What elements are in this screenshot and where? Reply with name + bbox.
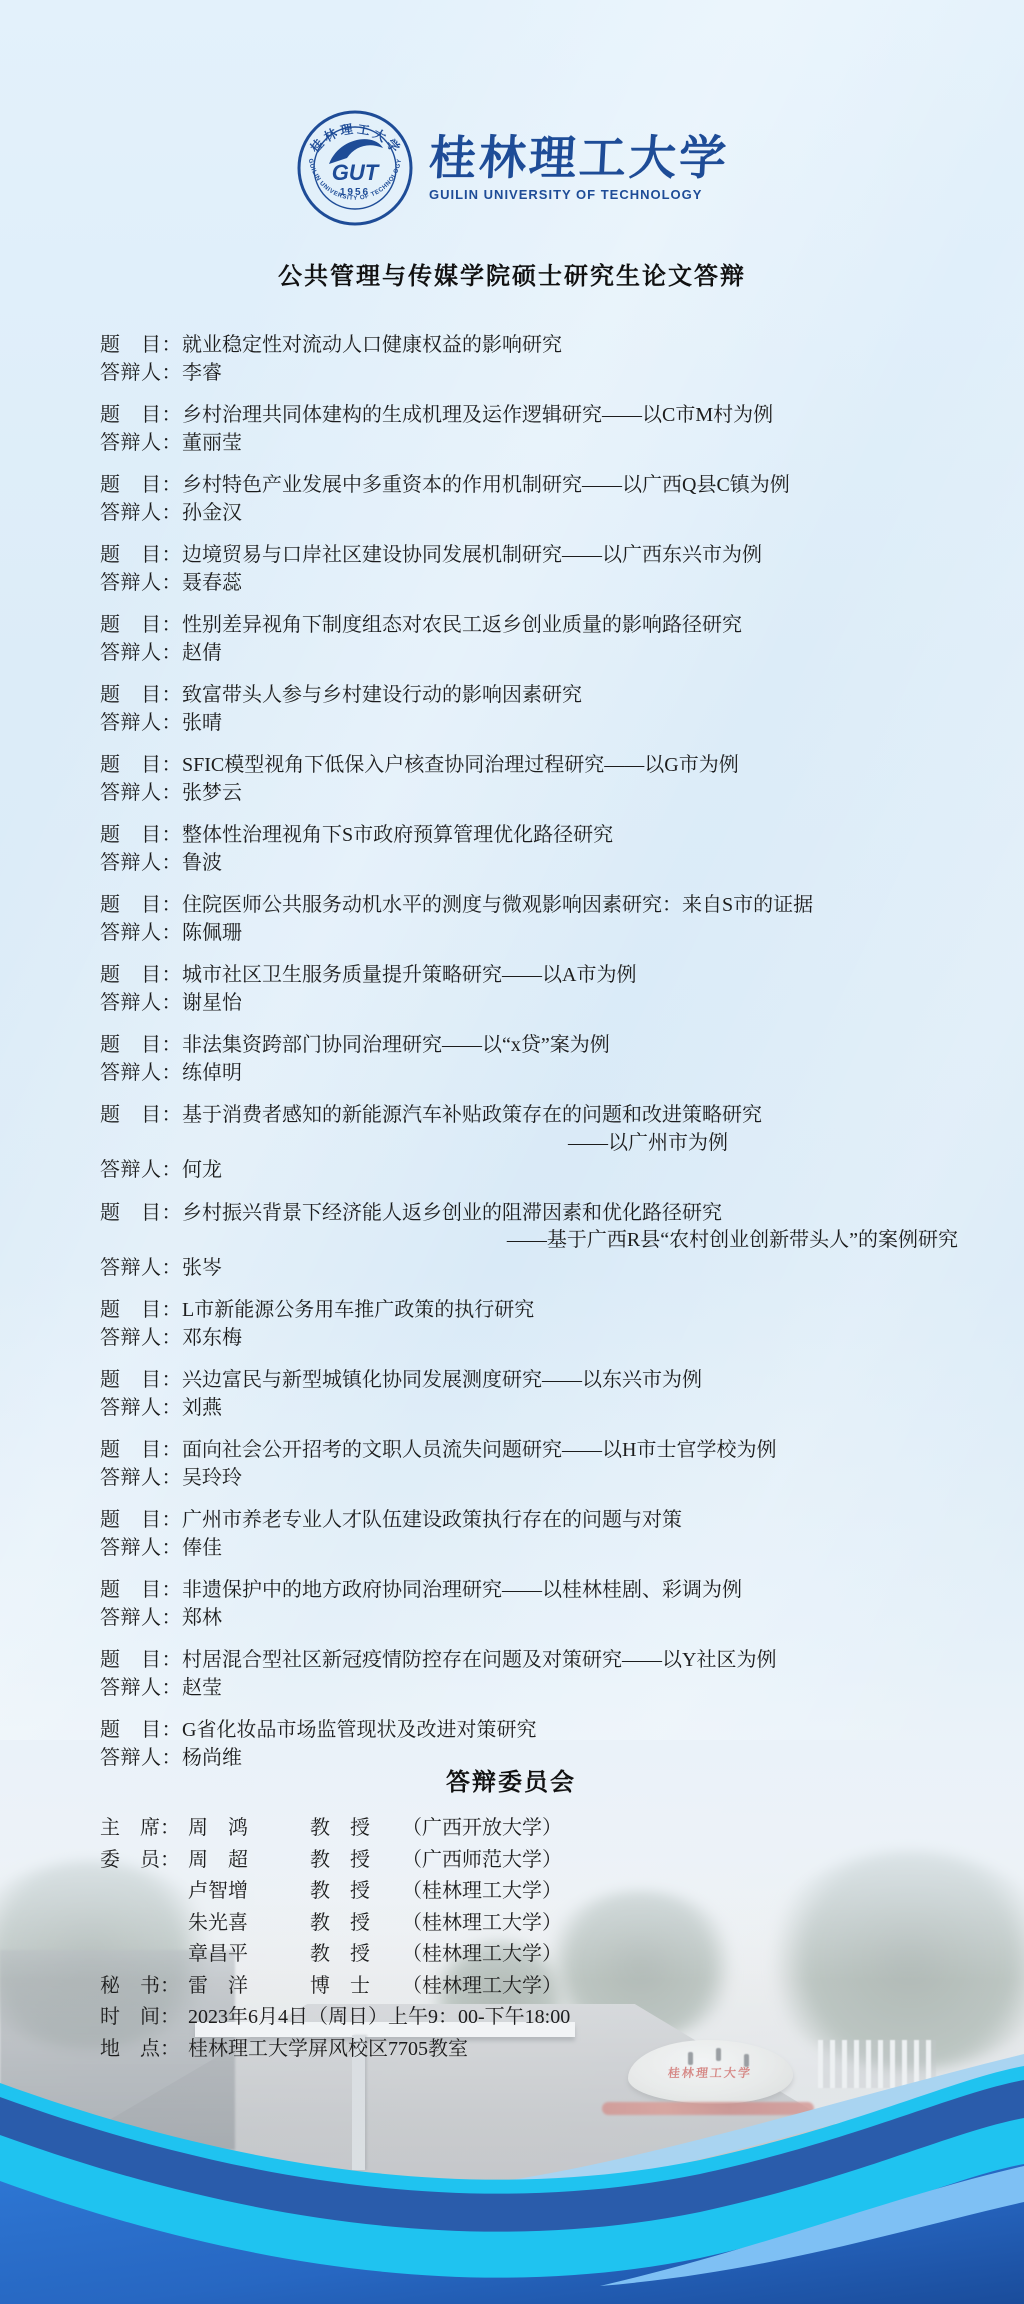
topic-label: 题 目： [100,1200,182,1228]
entry-title: 整体性治理视角下S市政府预算管理优化路径研究 [182,824,613,846]
entry-defender: 邓东梅 [182,1327,242,1349]
entry-title-row: 题 目：SFIC模型视角下低保入户核查协同治理过程研究——以G市为例 [100,752,958,780]
entry-defender: 俸佳 [182,1537,222,1559]
entry-title-row: 题 目：就业稳定性对流动人口健康权益的影响研究 [100,332,958,360]
defender-label: 答辩人： [100,500,182,528]
entry-defender-row: 答辩人：刘燕 [100,1395,958,1423]
member-role-label [100,1908,188,1940]
entry-defender: 张晴 [182,712,222,734]
entry-title: 基于消费者感知的新能源汽车补贴政策存在的问题和改进策略研究 [182,1104,762,1126]
entry-defender-row: 答辩人：邓东梅 [100,1325,958,1353]
entry-defender: 张梦云 [182,782,242,804]
entry-defender-row: 答辩人：郑林 [100,1605,958,1633]
entry-title: G省化妆品市场监管现状及改进对策研究 [182,1719,536,1741]
member-name: 卢智增 [188,1876,310,1908]
defender-label: 答辩人： [100,1675,182,1703]
entry-defender: 何龙 [182,1159,222,1181]
entry-title-row: 题 目：非法集资跨部门协同治理研究——以“x贷”案为例 [100,1032,958,1060]
member-affiliation: （桂林理工大学） [402,1908,958,1940]
entry-title-row: 题 目：基于消费者感知的新能源汽车补贴政策存在的问题和改进策略研究 [100,1102,958,1130]
entry-defender: 吴玲玲 [182,1467,242,1489]
entry-defender-row: 答辩人：李睿 [100,360,958,388]
thesis-entry: 题 目：边境贸易与口岸社区建设协同发展机制研究——以广西东兴市为例 答辩人：聂春… [100,542,958,597]
defender-label: 答辩人： [100,1060,182,1088]
entry-defender-row: 答辩人：谢星怡 [100,990,958,1018]
svg-text:桂 林 理 工 大 学: 桂 林 理 工 大 学 [307,122,403,156]
member-affiliation: （桂林理工大学） [402,1876,958,1908]
defender-label: 答辩人： [100,640,182,668]
entry-title-line2: ——以广州市为例 [100,1130,958,1158]
entry-title-row: 题 目：面向社会公开招考的文职人员流失问题研究——以H市士官学校为例 [100,1437,958,1465]
defender-label: 答辩人： [100,780,182,808]
topic-label: 题 目： [100,1647,182,1675]
topic-label: 题 目： [100,612,182,640]
member-role-label: 委 员： [100,1845,188,1877]
entry-defender-row: 答辩人：赵莹 [100,1675,958,1703]
topic-label: 题 目： [100,1102,182,1130]
thesis-entry: 题 目：致富带头人参与乡村建设行动的影响因素研究 答辩人：张晴 [100,682,958,737]
entry-defender-row: 答辩人：俸佳 [100,1535,958,1563]
entry-defender: 陈佩珊 [182,922,242,944]
entry-title-row: 题 目：非遗保护中的地方政府协同治理研究——以桂林桂剧、彩调为例 [100,1577,958,1605]
committee-info-row: 时 间： 2023年6月4日（周日）上午9：00-下午18:00 [100,2002,958,2034]
topic-label: 题 目： [100,822,182,850]
entry-title-row: 题 目：边境贸易与口岸社区建设协同发展机制研究——以广西东兴市为例 [100,542,958,570]
defender-label: 答辩人： [100,1465,182,1493]
defender-label: 答辩人： [100,850,182,878]
member-title: 教 授 [310,1876,402,1908]
seal-year: 1956 [340,187,370,198]
entry-title-row: 题 目：兴边富民与新型城镇化协同发展测度研究——以东兴市为例 [100,1367,958,1395]
committee-member-row: 卢智增 教 授 （桂林理工大学） [100,1876,958,1908]
entry-defender: 孙金汉 [182,502,242,524]
topic-label: 题 目： [100,752,182,780]
member-role-label: 主 席： [100,1813,188,1845]
entry-defender-row: 答辩人：吴玲玲 [100,1465,958,1493]
thesis-entry: 题 目：城市社区卫生服务质量提升策略研究——以A市为例 答辩人：谢星怡 [100,962,958,1017]
defender-label: 答辩人： [100,360,182,388]
entry-defender-row: 答辩人：陈佩珊 [100,920,958,948]
member-title: 教 授 [310,1939,402,1971]
thesis-entry: 题 目：广州市养老专业人才队伍建设政策执行存在的问题与对策 答辩人：俸佳 [100,1507,958,1562]
thesis-entry: 题 目：性别差异视角下制度组态对农民工返乡创业质量的影响路径研究 答辩人：赵倩 [100,612,958,667]
entries-list: 题 目：就业稳定性对流动人口健康权益的影响研究 答辩人：李睿 题 目：乡村治理共… [100,332,958,1787]
defender-label: 答辩人： [100,710,182,738]
entry-title-row: 题 目：乡村振兴背景下经济能人返乡创业的阻滞因素和优化路径研究 [100,1200,958,1228]
entry-defender: 李睿 [182,362,222,384]
entry-defender: 郑林 [182,1607,222,1629]
thesis-entry: 题 目：整体性治理视角下S市政府预算管理优化路径研究 答辩人：鲁波 [100,822,958,877]
entry-title: L市新能源公务用车推广政策的执行研究 [182,1299,534,1321]
poster-page: 桂 林 理 工 大 学 GUILIN UNIVERSITY OF TECHNOL… [0,0,1024,2304]
committee-member-row: 秘 书： 雷 洋 博 士 （桂林理工大学） [100,1971,958,2003]
member-name: 周 鸿 [188,1813,310,1845]
entry-defender: 鲁波 [182,852,222,874]
member-affiliation: （桂林理工大学） [402,1939,958,1971]
committee-heading: 答辩委员会 [82,1762,940,1797]
committee-section: 答辩委员会 主 席： 周 鸿 教 授 （广西开放大学） 委 员： 周 超 教 授… [100,1762,958,2065]
info-label: 时 间： [100,2002,188,2034]
entry-title-row: 题 目：G省化妆品市场监管现状及改进对策研究 [100,1717,958,1745]
footer-wave-graphic [0,2034,1024,2304]
topic-label: 题 目： [100,472,182,500]
committee-member-row: 朱光喜 教 授 （桂林理工大学） [100,1908,958,1940]
entry-defender-row: 答辩人：张岑 [100,1255,958,1283]
member-name: 雷 洋 [188,1971,310,2003]
defender-label: 答辩人： [100,1157,182,1185]
entry-defender-row: 答辩人：赵倩 [100,640,958,668]
member-role-label [100,1939,188,1971]
topic-label: 题 目： [100,1507,182,1535]
university-name-cn: 桂林理工大学 [428,134,731,186]
member-role-label: 秘 书： [100,1971,188,2003]
topic-label: 题 目： [100,682,182,710]
defender-label: 答辩人： [100,1395,182,1423]
defender-label: 答辩人： [100,430,182,458]
topic-label: 题 目： [100,332,182,360]
entry-defender-row: 答辩人：练倬明 [100,1060,958,1088]
entry-defender: 赵莹 [182,1677,222,1699]
member-name: 朱光喜 [188,1908,310,1940]
entry-defender: 刘燕 [182,1397,222,1419]
entry-defender-row: 答辩人：张梦云 [100,780,958,808]
thesis-entry: 题 目：基于消费者感知的新能源汽车补贴政策存在的问题和改进策略研究 ——以广州市… [100,1102,958,1185]
entry-title-line2: ——基于广西R县“农村创业创新带头人”的案例研究 [100,1227,958,1255]
thesis-entry: 题 目：村居混合型社区新冠疫情防控存在问题及对策研究——以Y社区为例 答辩人：赵… [100,1647,958,1702]
defender-label: 答辩人： [100,1255,182,1283]
thesis-entry: 题 目：乡村治理共同体建构的生成机理及运作逻辑研究——以C市M村为例 答辩人：董… [100,402,958,457]
entry-title: 广州市养老专业人才队伍建设政策执行存在的问题与对策 [182,1509,682,1531]
entry-title-row: 题 目：城市社区卫生服务质量提升策略研究——以A市为例 [100,962,958,990]
entry-defender: 谢星怡 [182,992,242,1014]
topic-label: 题 目： [100,1367,182,1395]
entry-title-row: 题 目：性别差异视角下制度组态对农民工返乡创业质量的影响路径研究 [100,612,958,640]
entry-defender-row: 答辩人：董丽莹 [100,430,958,458]
topic-label: 题 目： [100,402,182,430]
entry-defender-row: 答辩人：鲁波 [100,850,958,878]
entry-title-row: 题 目：乡村治理共同体建构的生成机理及运作逻辑研究——以C市M村为例 [100,402,958,430]
committee-rows: 主 席： 周 鸿 教 授 （广西开放大学） 委 员： 周 超 教 授 （广西师范… [100,1813,958,2065]
entry-title: 面向社会公开招考的文职人员流失问题研究——以H市士官学校为例 [182,1439,776,1461]
thesis-entry: 题 目：乡村振兴背景下经济能人返乡创业的阻滞因素和优化路径研究 ——基于广西R县… [100,1200,958,1283]
committee-member-row: 章昌平 教 授 （桂林理工大学） [100,1939,958,1971]
entry-defender: 张岑 [182,1257,222,1279]
topic-label: 题 目： [100,1577,182,1605]
entry-title: 乡村振兴背景下经济能人返乡创业的阻滞因素和优化路径研究 [182,1202,722,1224]
topic-label: 题 目： [100,542,182,570]
defender-label: 答辩人： [100,990,182,1018]
defender-label: 答辩人： [100,1325,182,1353]
member-title: 教 授 [310,1845,402,1877]
entry-defender-row: 答辩人：孙金汉 [100,500,958,528]
defender-label: 答辩人： [100,920,182,948]
entry-title: 城市社区卫生服务质量提升策略研究——以A市为例 [182,964,636,986]
university-logo: 桂 林 理 工 大 学 GUILIN UNIVERSITY OF TECHNOL… [0,108,1024,228]
thesis-entry: 题 目：就业稳定性对流动人口健康权益的影响研究 答辩人：李睿 [100,332,958,387]
entry-title: 就业稳定性对流动人口健康权益的影响研究 [182,334,562,356]
entry-defender: 聂春蕊 [182,572,242,594]
university-name-block: 桂林理工大学 GUILIN UNIVERSITY OF TECHNOLOGY [429,134,729,203]
entry-title-row: 题 目：乡村特色产业发展中多重资本的作用机制研究——以广西Q县C镇为例 [100,472,958,500]
entry-title: 兴边富民与新型城镇化协同发展测度研究——以东兴市为例 [182,1369,702,1391]
topic-label: 题 目： [100,892,182,920]
page-title: 公共管理与传媒学院硕士研究生论文答辩 [0,256,1024,291]
entry-title: 村居混合型社区新冠疫情防控存在问题及对策研究——以Y社区为例 [182,1649,776,1671]
entry-title-row: 题 目：整体性治理视角下S市政府预算管理优化路径研究 [100,822,958,850]
topic-label: 题 目： [100,1437,182,1465]
entry-defender-row: 答辩人：张晴 [100,710,958,738]
entry-title-row: 题 目：L市新能源公务用车推广政策的执行研究 [100,1297,958,1325]
member-title: 博 士 [310,1971,402,2003]
entry-title: 住院医师公共服务动机水平的测度与微观影响因素研究：来自S市的证据 [182,894,813,916]
entry-title-row: 题 目：住院医师公共服务动机水平的测度与微观影响因素研究：来自S市的证据 [100,892,958,920]
committee-member-row: 委 员： 周 超 教 授 （广西师范大学） [100,1845,958,1877]
thesis-entry: 题 目：非遗保护中的地方政府协同治理研究——以桂林桂剧、彩调为例 答辩人：郑林 [100,1577,958,1632]
entry-defender-row: 答辩人：聂春蕊 [100,570,958,598]
university-seal-icon: 桂 林 理 工 大 学 GUILIN UNIVERSITY OF TECHNOL… [295,108,415,228]
thesis-entry: 题 目：兴边富民与新型城镇化协同发展测度研究——以东兴市为例 答辩人：刘燕 [100,1367,958,1422]
entry-title: 致富带头人参与乡村建设行动的影响因素研究 [182,684,582,706]
defender-label: 答辩人： [100,1535,182,1563]
entry-defender: 练倬明 [182,1062,242,1084]
entry-title: 乡村特色产业发展中多重资本的作用机制研究——以广西Q县C镇为例 [182,474,790,496]
entry-defender: 赵倩 [182,642,222,664]
thesis-entry: 题 目：乡村特色产业发展中多重资本的作用机制研究——以广西Q县C镇为例 答辩人：… [100,472,958,527]
entry-title-row: 题 目：村居混合型社区新冠疫情防控存在问题及对策研究——以Y社区为例 [100,1647,958,1675]
thesis-entry: 题 目：面向社会公开招考的文职人员流失问题研究——以H市士官学校为例 答辩人：吴… [100,1437,958,1492]
member-affiliation: （桂林理工大学） [402,1971,958,2003]
entry-title: 非法集资跨部门协同治理研究——以“x贷”案为例 [182,1034,610,1056]
topic-label: 题 目： [100,1717,182,1745]
thesis-entry: 题 目：住院医师公共服务动机水平的测度与微观影响因素研究：来自S市的证据 答辩人… [100,892,958,947]
thesis-entry: 题 目：非法集资跨部门协同治理研究——以“x贷”案为例 答辩人：练倬明 [100,1032,958,1087]
university-name-en: GUILIN UNIVERSITY OF TECHNOLOGY [429,187,702,202]
topic-label: 题 目： [100,962,182,990]
entry-title-row: 题 目：广州市养老专业人才队伍建设政策执行存在的问题与对策 [100,1507,958,1535]
topic-label: 题 目： [100,1297,182,1325]
entry-title: 乡村治理共同体建构的生成机理及运作逻辑研究——以C市M村为例 [182,404,773,426]
seal-monogram: GUT [332,160,380,185]
member-name: 章昌平 [188,1939,310,1971]
committee-member-row: 主 席： 周 鸿 教 授 （广西开放大学） [100,1813,958,1845]
entry-title: 边境贸易与口岸社区建设协同发展机制研究——以广西东兴市为例 [182,544,762,566]
defender-label: 答辩人： [100,1605,182,1633]
member-title: 教 授 [310,1813,402,1845]
member-name: 周 超 [188,1845,310,1877]
member-affiliation: （广西师范大学） [402,1845,958,1877]
entry-defender: 董丽莹 [182,432,242,454]
topic-label: 题 目： [100,1032,182,1060]
thesis-entry: 题 目：L市新能源公务用车推广政策的执行研究 答辩人：邓东梅 [100,1297,958,1352]
entry-title-row: 题 目：致富带头人参与乡村建设行动的影响因素研究 [100,682,958,710]
entry-title: 性别差异视角下制度组态对农民工返乡创业质量的影响路径研究 [182,614,742,636]
entry-title: 非遗保护中的地方政府协同治理研究——以桂林桂剧、彩调为例 [182,1579,742,1601]
info-value: 2023年6月4日（周日）上午9：00-下午18:00 [188,2002,958,2034]
entry-title: SFIC模型视角下低保入户核查协同治理过程研究——以G市为例 [182,754,739,776]
entry-defender-row: 答辩人：何龙 [100,1157,958,1185]
defender-label: 答辩人： [100,570,182,598]
thesis-entry: 题 目：SFIC模型视角下低保入户核查协同治理过程研究——以G市为例 答辩人：张… [100,752,958,807]
member-role-label [100,1876,188,1908]
member-title: 教 授 [310,1908,402,1940]
member-affiliation: （广西开放大学） [402,1813,958,1845]
